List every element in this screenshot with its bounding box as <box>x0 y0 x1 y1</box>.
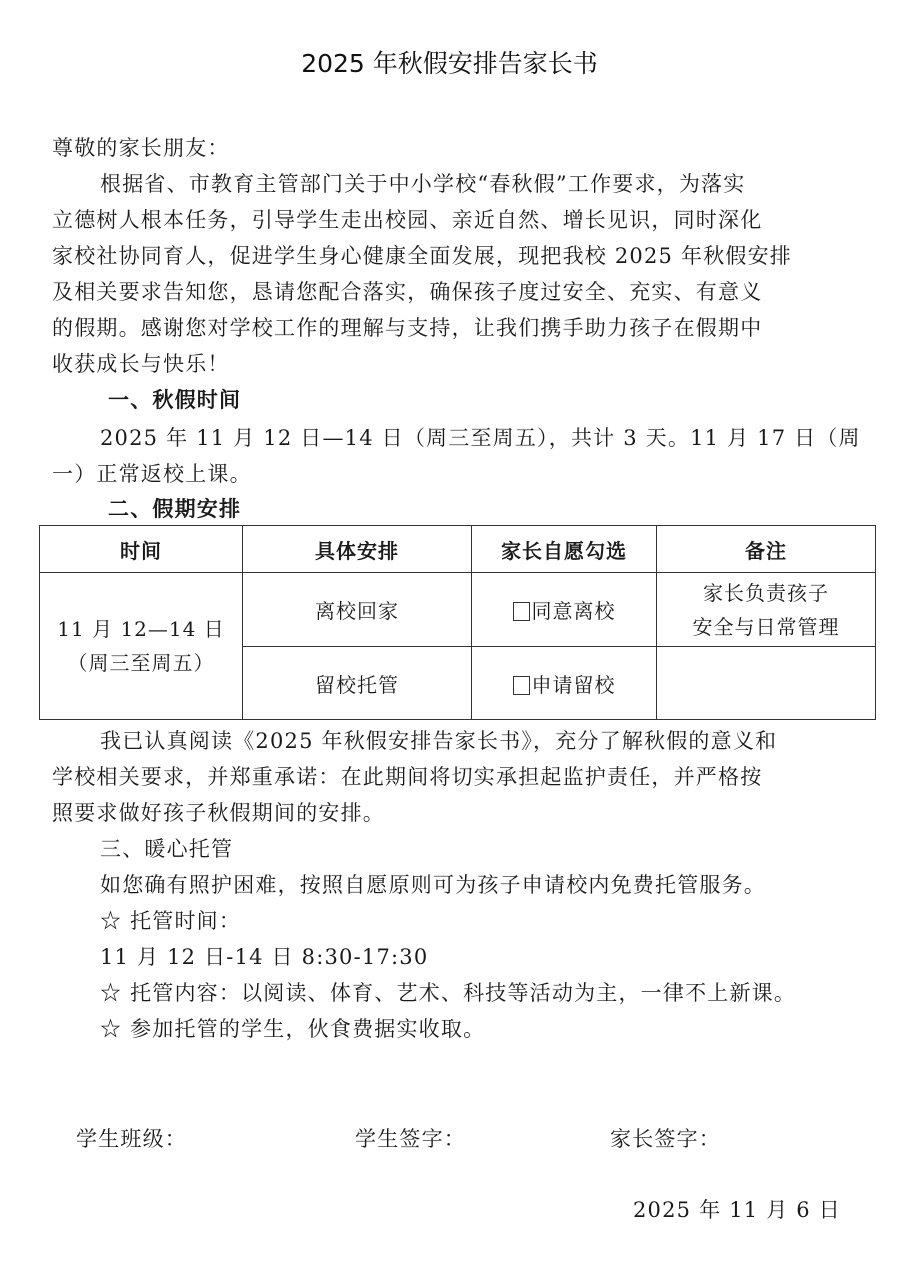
care-time-label: ☆ 托管时间： <box>100 906 241 936</box>
header-parent-choice: 家长自愿勾选 <box>472 526 657 573</box>
section-heading-holiday-time: 一、秋假时间 <box>108 385 241 415</box>
holiday-time-line: 2025 年 11 月 12 日—14 日（周三至周五），共计 3 天。11 月… <box>100 423 861 453</box>
choice-cell[interactable]: 同意离校 <box>472 573 657 647</box>
care-time-value: 11 月 12 日-14 日 8:30-17:30 <box>100 942 428 972</box>
header-time: 时间 <box>40 526 243 573</box>
section-heading-care: 三、暖心托管 <box>100 834 233 864</box>
salutation: 尊敬的家长朋友： <box>52 133 230 163</box>
intro-line: 立德树人根本任务，引导学生走出校园、亲近自然、增长见识，同时深化 <box>52 205 762 235</box>
intro-line: 根据省、市教育主管部门关于中小学校“春秋假”工作要求，为落实 <box>100 169 745 199</box>
choice-cell[interactable]: 申请留校 <box>472 647 657 720</box>
checkbox-label: 申请留校 <box>532 673 616 697</box>
holiday-time-line: 一）正常返校上课。 <box>52 459 252 489</box>
arrangement-cell: 留校托管 <box>243 647 472 720</box>
pledge-line: 照要求做好孩子秋假期间的安排。 <box>52 798 385 828</box>
intro-line: 及相关要求告知您，恳请您配合落实，确保孩子度过安全、充实、有意义 <box>52 277 762 307</box>
care-line: 如您确有照护困难，按照自愿原则可为孩子申请校内免费托管服务。 <box>100 870 766 900</box>
pledge-line: 我已认真阅读《2025 年秋假安排告家长书》，充分了解秋假的意义和 <box>100 726 777 756</box>
checkbox-apply-stay[interactable] <box>513 676 530 695</box>
section-heading-arrangement: 二、假期安排 <box>108 494 241 524</box>
student-class-label: 学生班级： <box>76 1124 187 1154</box>
table-header-row: 时间 具体安排 家长自愿勾选 备注 <box>40 526 876 573</box>
intro-line: 收获成长与快乐！ <box>52 349 230 379</box>
intro-line: 的假期。感谢您对学校工作的理解与支持，让我们携手助力孩子在假期中 <box>52 313 762 343</box>
note-line: 安全与日常管理 <box>657 610 875 644</box>
note-cell-empty <box>657 647 876 720</box>
header-arrangement: 具体安排 <box>243 526 472 573</box>
document-date: 2025 年 11 月 6 日 <box>633 1195 841 1225</box>
arrangement-table: 时间 具体安排 家长自愿勾选 备注 11 月 12—14 日 （周三至周五） 离… <box>39 525 876 720</box>
checkbox-agree-leave[interactable] <box>513 602 530 621</box>
care-fee: ☆ 参加托管的学生，伙食费据实收取。 <box>100 1014 485 1044</box>
time-cell-weekdays: （周三至周五） <box>40 646 242 680</box>
time-cell: 11 月 12—14 日 （周三至周五） <box>40 573 243 720</box>
care-content: ☆ 托管内容：以阅读、体育、艺术、科技等活动为主，一律不上新课。 <box>100 978 796 1008</box>
pledge-line: 学校相关要求，并郑重承诺：在此期间将切实承担起监护责任，并严格按 <box>52 762 762 792</box>
checkbox-label: 同意离校 <box>532 599 616 623</box>
student-signature-label: 学生签字： <box>355 1124 466 1154</box>
intro-line: 家校社协同育人，促进学生身心健康全面发展，现把我校 2025 年秋假安排 <box>52 241 792 271</box>
time-cell-dates: 11 月 12—14 日 <box>40 612 242 646</box>
table-row: 11 月 12—14 日 （周三至周五） 离校回家 同意离校 家长负责孩子 安全… <box>40 573 876 647</box>
arrangement-cell: 离校回家 <box>243 573 472 647</box>
header-note: 备注 <box>657 526 876 573</box>
note-line: 家长负责孩子 <box>657 576 875 610</box>
note-cell: 家长负责孩子 安全与日常管理 <box>657 573 876 647</box>
parent-signature-label: 家长签字： <box>610 1124 721 1154</box>
document-title: 2025 年秋假安排告家长书 <box>0 44 899 80</box>
